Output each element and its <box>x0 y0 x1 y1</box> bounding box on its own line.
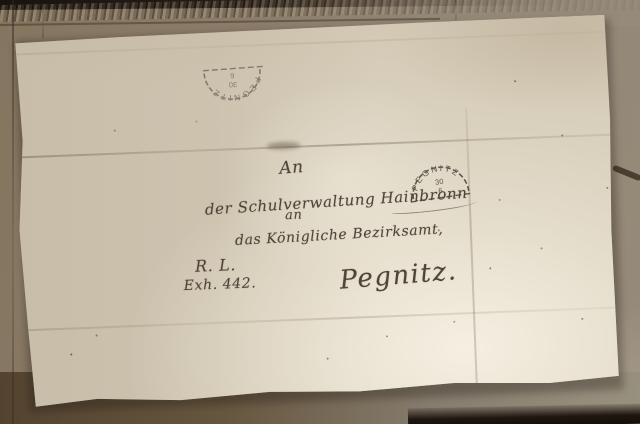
fold-crease-middle <box>17 134 612 159</box>
fold-crease-smudge <box>266 142 300 150</box>
letter: PEGNITZ 30 6 PEGNITZ 30 6 An der Schulve… <box>12 15 621 409</box>
cardboard-crease-top-right <box>455 0 457 20</box>
svg-text:30: 30 <box>228 80 237 90</box>
fold-crease-top <box>13 31 608 56</box>
cardboard-crease-left <box>12 0 14 424</box>
docket-notation-line1: R. L. <box>195 255 237 276</box>
address-salutation: An <box>279 157 305 179</box>
address-recipient-line: der Schulverwaltung Hainbronn <box>204 184 468 219</box>
address-connector: an <box>285 208 303 224</box>
photo-scene: PEGNITZ 30 6 PEGNITZ 30 6 An der Schulve… <box>0 0 640 424</box>
docket-notation-line2: Exh. 442. <box>183 275 256 294</box>
address-office-line: das Königliche Bezirksamt, <box>235 221 444 249</box>
destination-pegnitz: Pegnitz. <box>339 256 459 296</box>
svg-text:6: 6 <box>230 71 235 80</box>
cardboard-crease-top-left <box>42 4 44 38</box>
fold-crease-lower <box>23 307 618 332</box>
postmark-top-inverted: PEGNITZ 30 6 <box>197 59 269 116</box>
cardboard-slit-right <box>612 165 640 182</box>
